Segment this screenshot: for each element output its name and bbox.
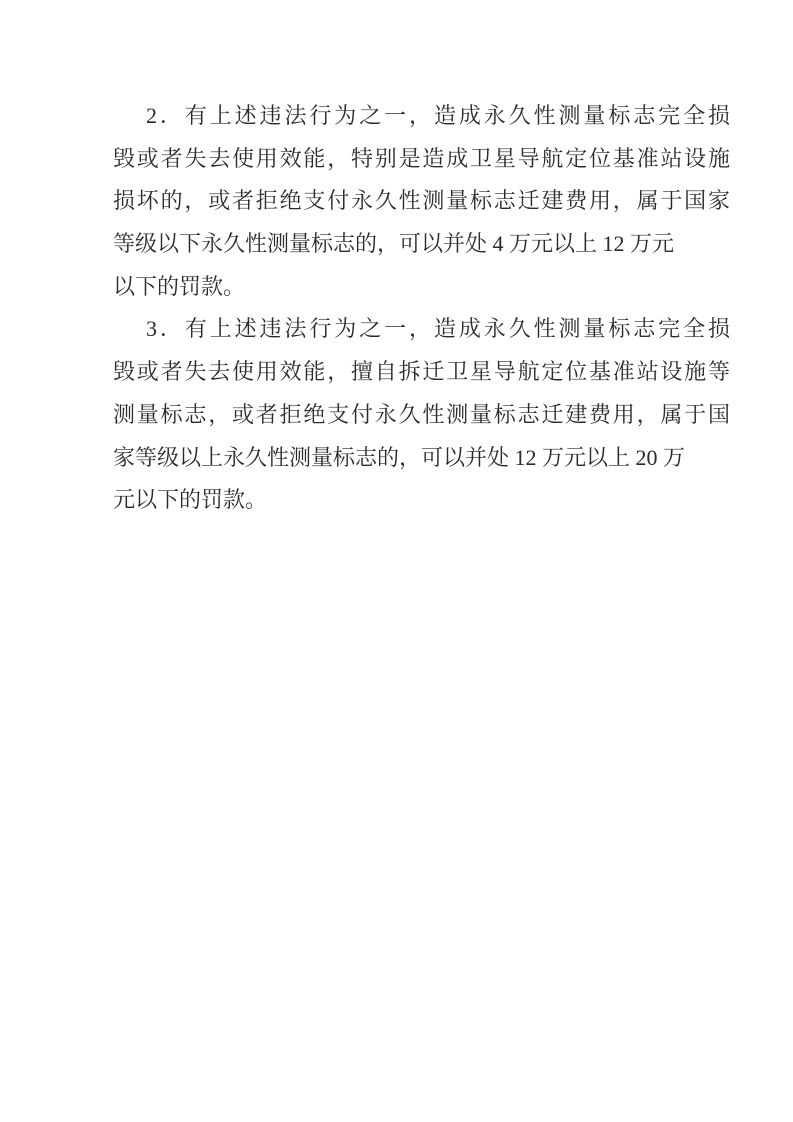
paragraph-2-line-2: 毁或者失去使用效能，特别是造成卫星导航定位基准站设施	[113, 138, 730, 181]
paragraph-3-line-5: 元以下的罚款。	[113, 479, 730, 522]
paragraph-3: 3．有上述违法行为之一，造成永久性测量标志完全损 毁或者失去使用效能，擅自拆迁卫…	[113, 308, 730, 521]
paragraph-2-line-5: 以下的罚款。	[113, 266, 730, 309]
paragraph-3-line-2: 毁或者失去使用效能，擅自拆迁卫星导航定位基准站设施等	[113, 351, 730, 394]
paragraph-3-line-4: 家等级以上永久性测量标志的，可以并处 12 万元以上 20 万	[113, 437, 730, 480]
text-block: 2．有上述违法行为之一，造成永久性测量标志完全损 毁或者失去使用效能，特别是造成…	[113, 95, 730, 522]
paragraph-3-line-1: 3．有上述违法行为之一，造成永久性测量标志完全损	[113, 308, 730, 351]
paragraph-2-line-1: 2．有上述违法行为之一，造成永久性测量标志完全损	[113, 95, 730, 138]
document-page: 2．有上述违法行为之一，造成永久性测量标志完全损 毁或者失去使用效能，特别是造成…	[0, 0, 793, 1122]
paragraph-2-line-3: 损坏的，或者拒绝支付永久性测量标志迁建费用，属于国家	[113, 180, 730, 223]
paragraph-2-line-4: 等级以下永久性测量标志的，可以并处 4 万元以上 12 万元	[113, 223, 730, 266]
paragraph-3-line-3: 测量标志，或者拒绝支付永久性测量标志迁建费用，属于国	[113, 394, 730, 437]
paragraph-2: 2．有上述违法行为之一，造成永久性测量标志完全损 毁或者失去使用效能，特别是造成…	[113, 95, 730, 308]
